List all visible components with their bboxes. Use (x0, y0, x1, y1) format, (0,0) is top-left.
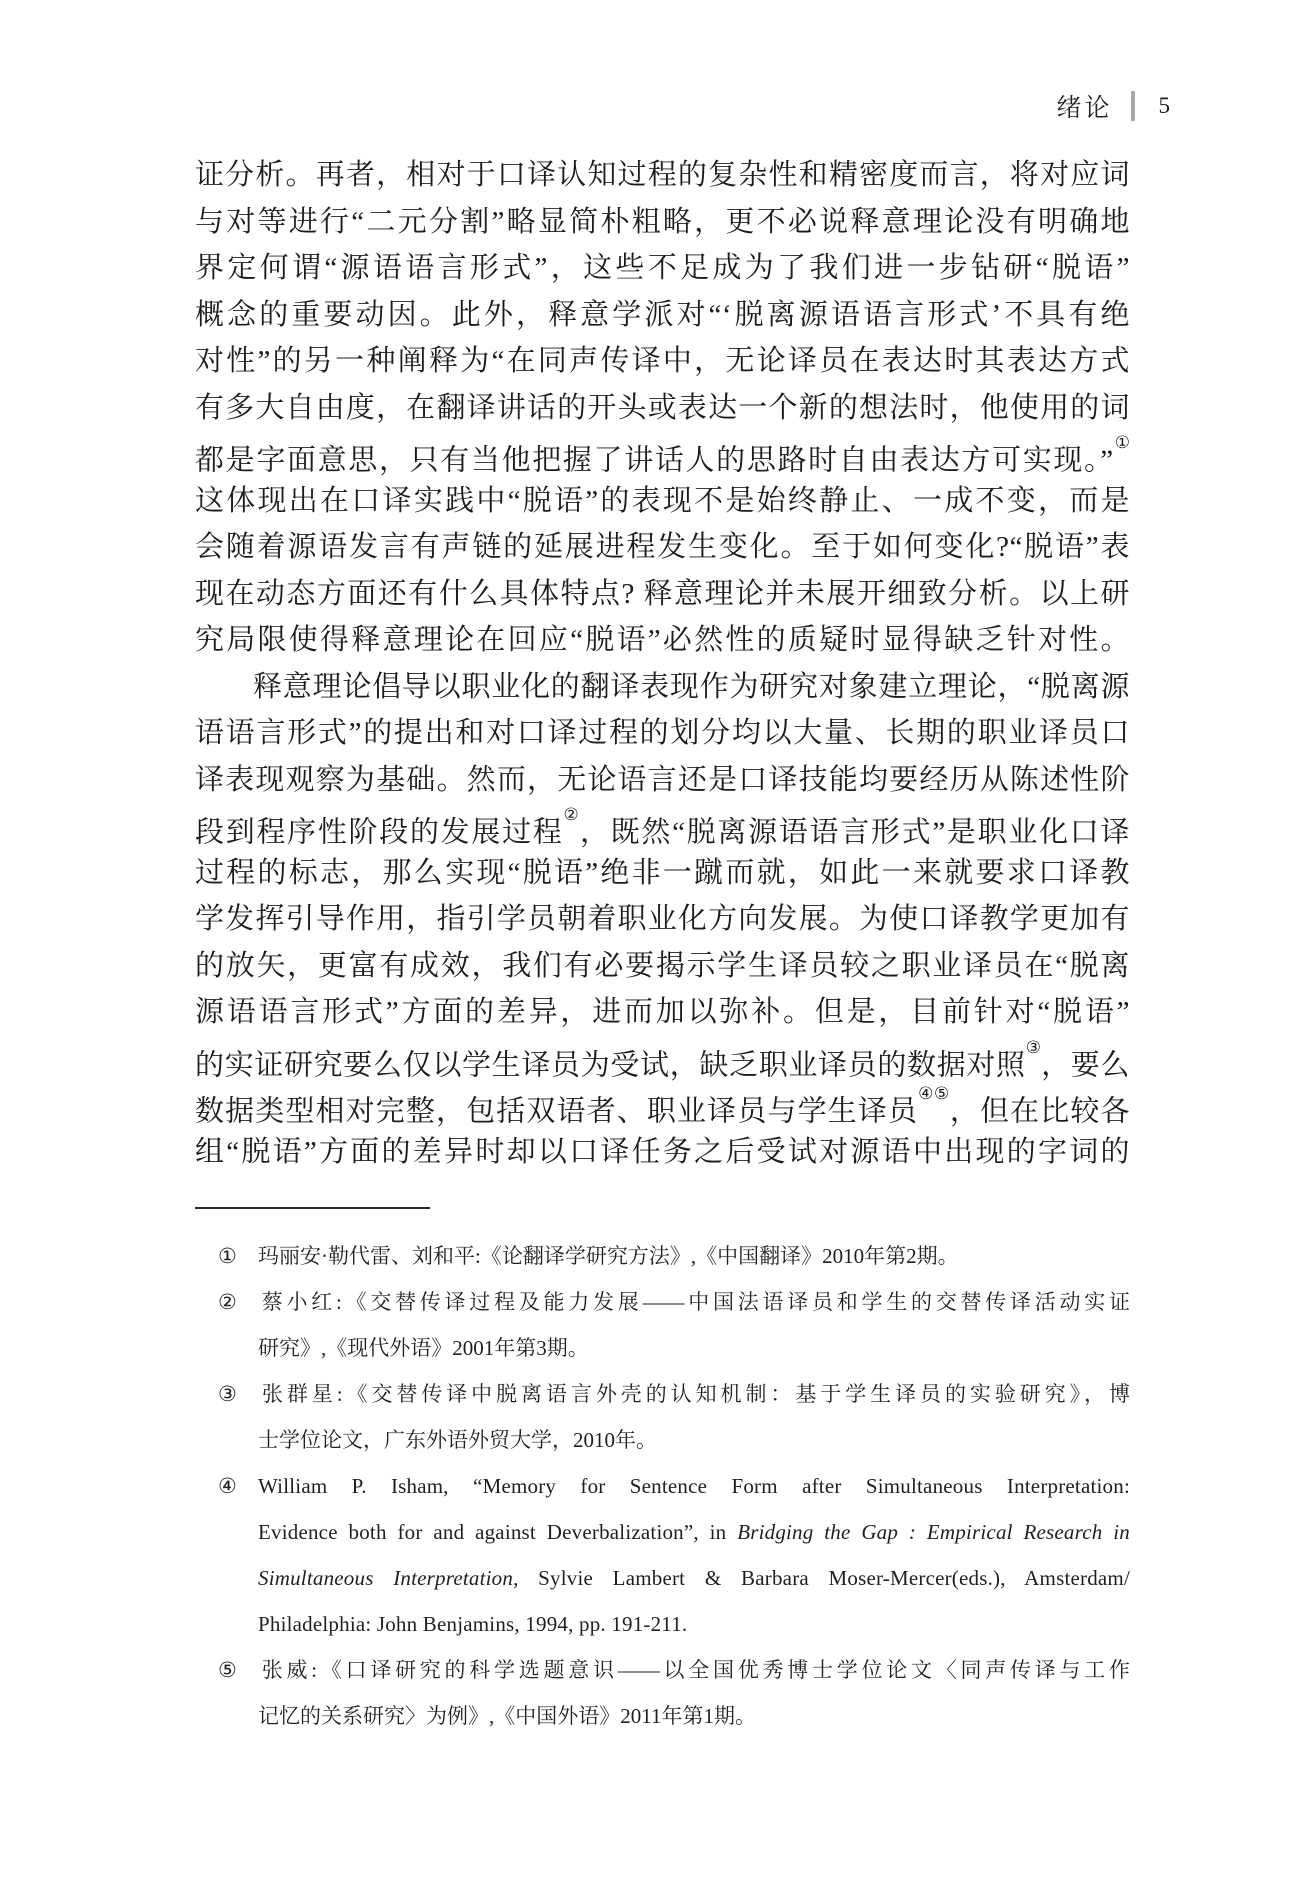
footnote-line: ⑤张威:《口译研究的科学选题意识——以全国优秀博士学位论文〈同声传译与工作 (258, 1647, 1130, 1693)
footnote-ref: ③ (1026, 1038, 1041, 1057)
body-line: 会随着源语发言有声链的延展进程发生变化。至于如何变化?“脱语”表 (195, 524, 1130, 571)
body-line: 段到程序性阶段的发展过程②，既然“脱离源语语言形式”是职业化口译 (195, 803, 1130, 850)
body-line: 组“脱语”方面的差异时却以口译任务之后受试对源语中出现的字词的 (195, 1129, 1130, 1176)
footnotes-list: ①玛丽安·勒代雷、刘和平:《论翻译学研究方法》,《中国翻译》2010年第2期。②… (195, 1233, 1130, 1739)
footnote-text: 士学位论文，广东外语外贸大学，2010年。 (258, 1428, 657, 1452)
body-text: 证分析。再者，相对于口译认知过程的复杂性和精密度而言，将对应词与对等进行“二元分… (195, 152, 1130, 1175)
body-line: 有多大自由度，在翻译讲话的开头或表达一个新的想法时，他使用的词 (195, 385, 1130, 432)
footnote-line: Simultaneous Interpretation, Sylvie Lamb… (258, 1555, 1130, 1601)
body-line: 都是字面意思，只有当他把握了讲话人的思路时自由表达方可实现。”① (195, 431, 1130, 478)
body-line: 译表现观察为基础。然而，无论语言还是口译技能均要经历从陈述性阶 (195, 757, 1130, 804)
footnote-line: Evidence both for and against Deverbaliz… (258, 1509, 1130, 1555)
footnote-marker: ③ (218, 1371, 258, 1417)
section-title: 绪论 (1056, 88, 1112, 124)
footnote-line: ②蔡小红:《交替传译过程及能力发展——中国法语译员和学生的交替传译活动实证 (258, 1279, 1130, 1325)
footnote-line: 记忆的关系研究〉为例》,《中国外语》2011年第1期。 (258, 1693, 1130, 1739)
footnote-ref: ④⑤ (918, 1084, 950, 1103)
footnote-text: 记忆的关系研究〉为例》,《中国外语》2011年第1期。 (258, 1704, 756, 1728)
body-line: 源语语言形式”方面的差异，进而加以弥补。但是，目前针对“脱语” (195, 989, 1130, 1036)
footnote-text: 玛丽安·勒代雷、刘和平:《论翻译学研究方法》,《中国翻译》2010年第2期。 (258, 1244, 959, 1268)
footnote-rule (195, 1207, 430, 1209)
page-number: 5 (1159, 93, 1171, 119)
footnote-text: , Sylvie Lambert & Barbara Moser-Mercer(… (513, 1566, 1130, 1590)
footnote-line: 士学位论文，广东外语外贸大学，2010年。 (258, 1417, 1130, 1463)
footnote-marker: ② (218, 1279, 258, 1325)
footnote-line: ④William P. Isham, “Memory for Sentence … (258, 1463, 1130, 1509)
book-page: 绪论 5 证分析。再者，相对于口译认知过程的复杂性和精密度而言，将对应词与对等进… (0, 0, 1301, 1877)
body-line: 语语言形式”的提出和对口译过程的划分均以大量、长期的职业译员口 (195, 710, 1130, 757)
body-line: 现在动态方面还有什么具体特点? 释意理论并未展开细致分析。以上研 (195, 571, 1130, 618)
footnote-text: Evidence both for and against Deverbaliz… (258, 1520, 737, 1544)
footnote-ref: ② (564, 805, 580, 824)
body-line: 界定何谓“源语语言形式”，这些不足成为了我们进一步钻研“脱语” (195, 245, 1130, 292)
footnote-item: ②蔡小红:《交替传译过程及能力发展——中国法语译员和学生的交替传译活动实证研究》… (195, 1279, 1130, 1371)
footnote-title-italic: Simultaneous Interpretation (258, 1566, 513, 1590)
footnote-item: ①玛丽安·勒代雷、刘和平:《论翻译学研究方法》,《中国翻译》2010年第2期。 (195, 1233, 1130, 1279)
footnote-line: ①玛丽安·勒代雷、刘和平:《论翻译学研究方法》,《中国翻译》2010年第2期。 (258, 1233, 1130, 1279)
body-line: 证分析。再者，相对于口译认知过程的复杂性和精密度而言，将对应词 (195, 152, 1130, 199)
footnote-text: William P. Isham, “Memory for Sentence F… (258, 1474, 1130, 1498)
body-line: 究局限使得释意理论在回应“脱语”必然性的质疑时显得缺乏针对性。 (195, 617, 1130, 664)
body-line: 过程的标志，那么实现“脱语”绝非一蹴而就，如此一来就要求口译教 (195, 850, 1130, 897)
body-line: 与对等进行“二元分割”略显简朴粗略，更不必说释意理论没有明确地 (195, 199, 1130, 246)
body-line: 对性”的另一种阐释为“在同声传译中，无论译员在表达时其表达方式 (195, 338, 1130, 385)
body-line: 释意理论倡导以职业化的翻译表现作为研究对象建立理论，“脱离源 (195, 664, 1130, 711)
footnote-item: ③张群星:《交替传译中脱离语言外壳的认知机制：基于学生译员的实验研究》，博士学位… (195, 1371, 1130, 1463)
footnote-title-italic: Bridging the Gap : Empirical Research in (737, 1520, 1130, 1544)
page-header: 绪论 5 (195, 88, 1170, 124)
footnote-ref: ① (1114, 433, 1130, 452)
footnote-item: ⑤张威:《口译研究的科学选题意识——以全国优秀博士学位论文〈同声传译与工作记忆的… (195, 1647, 1130, 1739)
footnote-line: ③张群星:《交替传译中脱离语言外壳的认知机制：基于学生译员的实验研究》，博 (258, 1371, 1130, 1417)
body-line: 这体现出在口译实践中“脱语”的表现不是始终静止、一成不变，而是 (195, 478, 1130, 525)
footnote-text: 蔡小红:《交替传译过程及能力发展——中国法语译员和学生的交替传译活动实证 (258, 1290, 1130, 1314)
footnote-marker: ① (218, 1233, 258, 1279)
body-line: 学发挥引导作用，指引学员朝着职业化方向发展。为使口译教学更加有 (195, 896, 1130, 943)
header-divider-bar (1131, 91, 1135, 121)
footnote-text: 张群星:《交替传译中脱离语言外壳的认知机制：基于学生译员的实验研究》，博 (258, 1382, 1130, 1406)
footnote-marker: ⑤ (218, 1647, 258, 1693)
footnote-line: 研究》,《现代外语》2001年第3期。 (258, 1325, 1130, 1371)
footnote-text: 研究》,《现代外语》2001年第3期。 (258, 1336, 589, 1360)
footnote-text: Philadelphia: John Benjamins, 1994, pp. … (258, 1612, 687, 1636)
footnote-marker: ④ (218, 1463, 258, 1509)
body-line: 数据类型相对完整，包括双语者、职业译员与学生译员④⑤，但在比较各 (195, 1082, 1130, 1129)
body-line: 的实证研究要么仅以学生译员为受试，缺乏职业译员的数据对照③，要么 (195, 1036, 1130, 1083)
footnote-text: 张威:《口译研究的科学选题意识——以全国优秀博士学位论文〈同声传译与工作 (258, 1658, 1130, 1682)
footnote-line: Philadelphia: John Benjamins, 1994, pp. … (258, 1601, 1130, 1647)
footnote-item: ④William P. Isham, “Memory for Sentence … (195, 1463, 1130, 1647)
body-line: 的放矢，更富有成效，我们有必要揭示学生译员较之职业译员在“脱离 (195, 943, 1130, 990)
body-line: 概念的重要动因。此外，释意学派对“‘脱离源语语言形式’不具有绝 (195, 292, 1130, 339)
